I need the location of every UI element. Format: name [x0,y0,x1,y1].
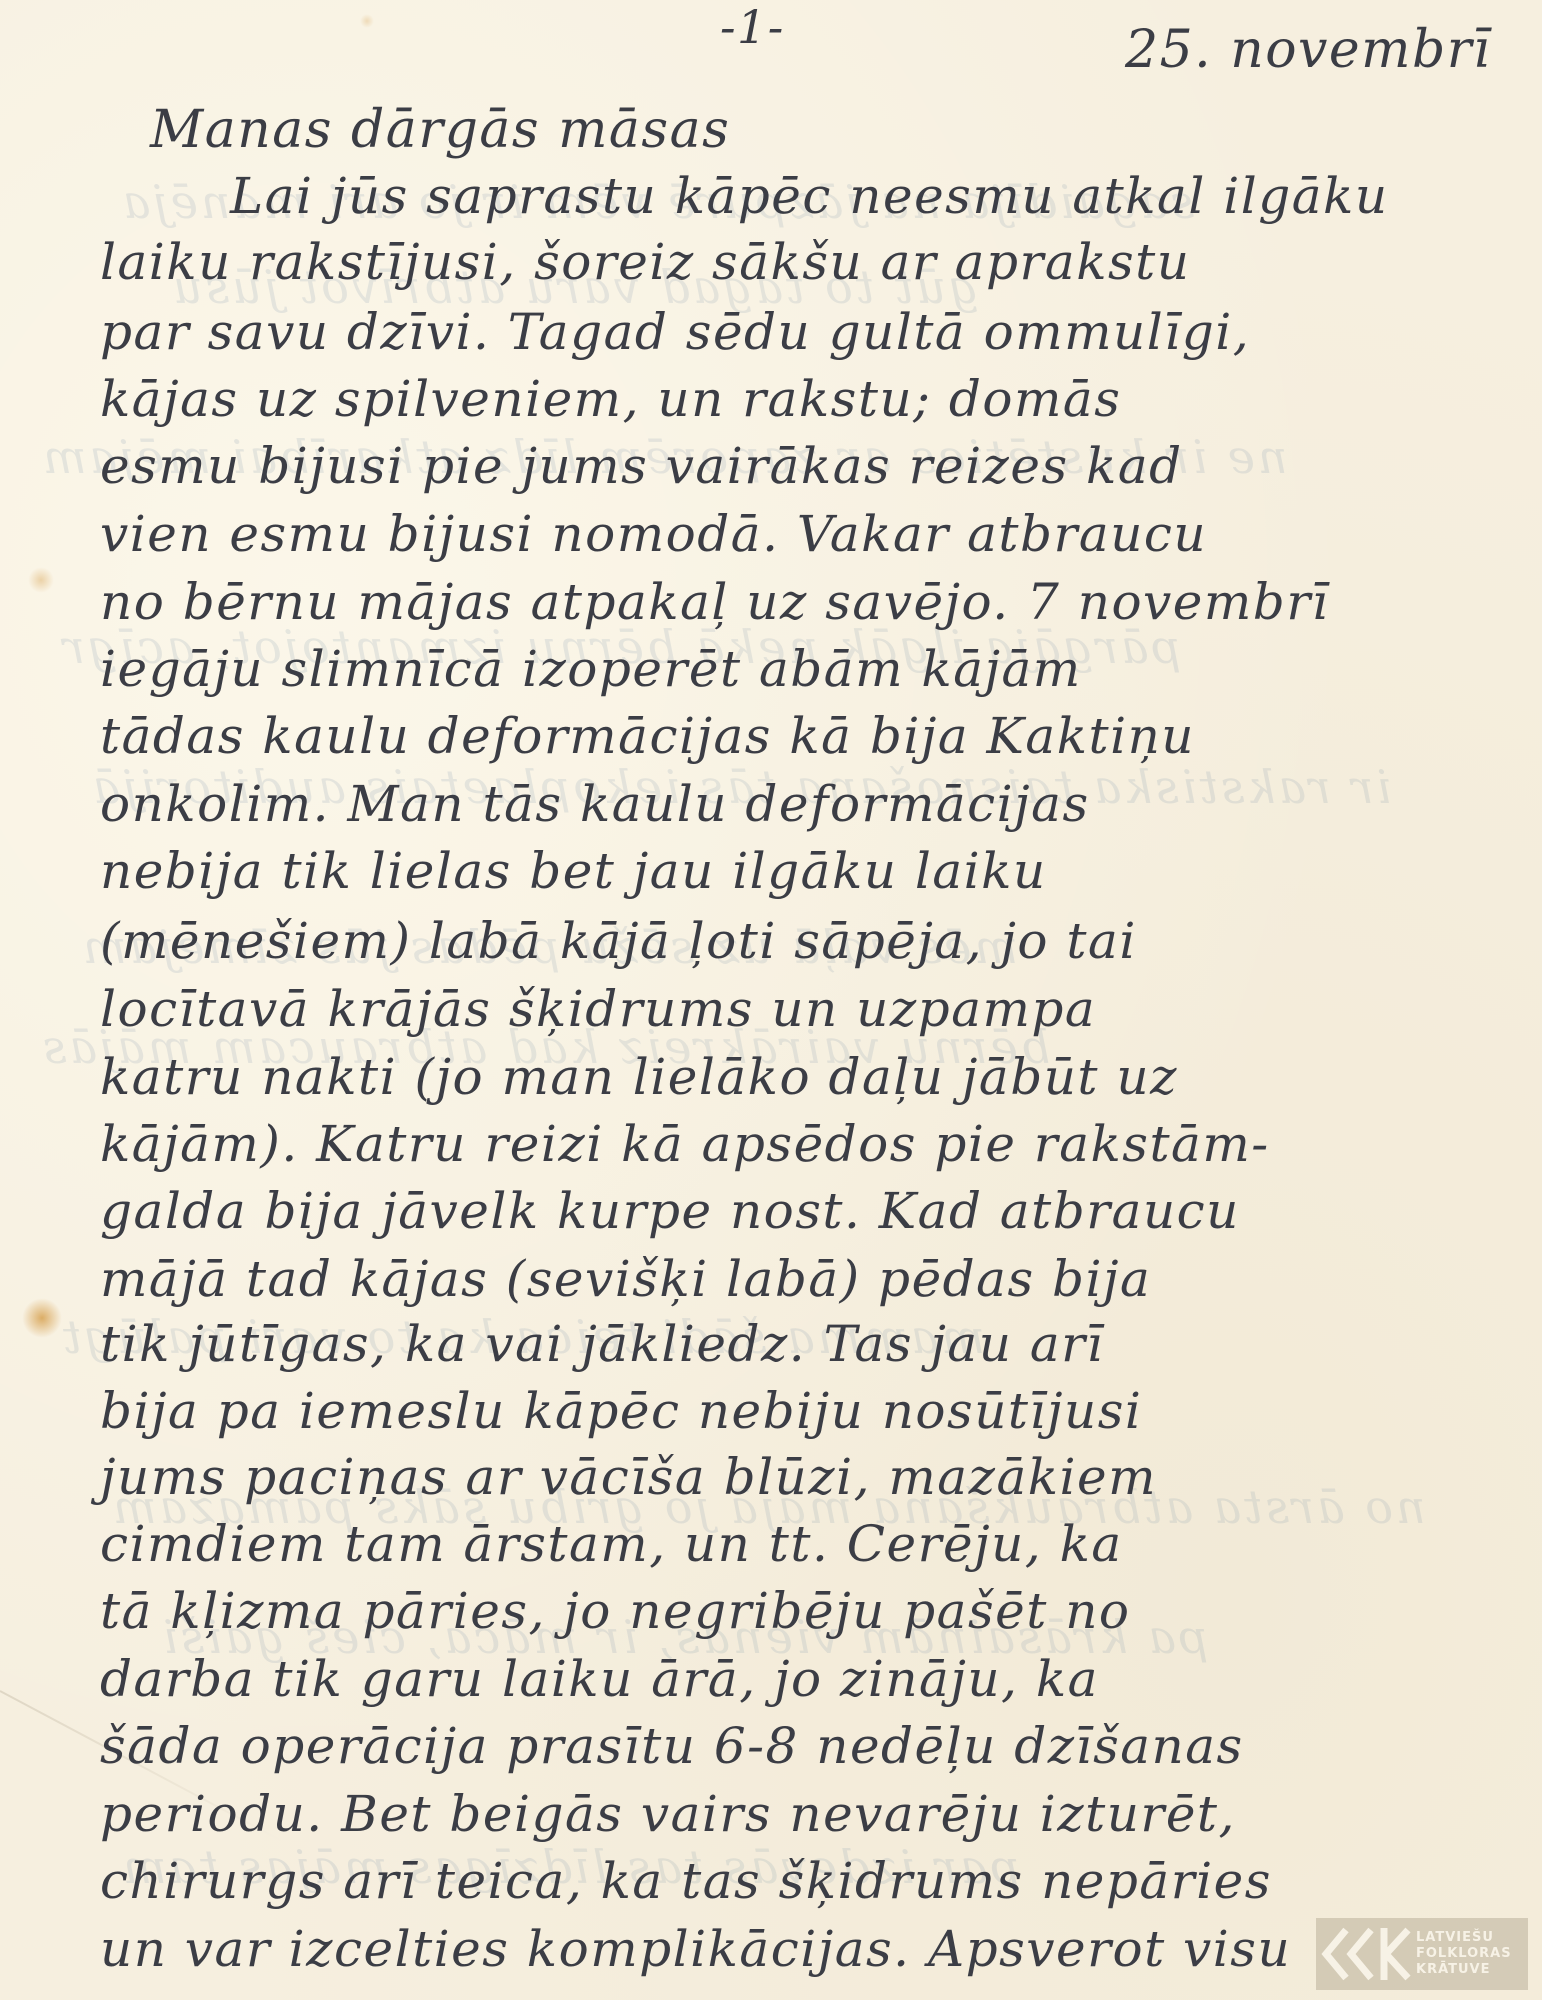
watermark-line: KRĀTUVE [1416,1962,1512,1978]
watermark-text: LATVIEŠU FOLKLORAS KRĀTUVE [1416,1930,1512,1978]
letter-line: Lai jūs saprastu kāpēc neesmu atkal ilgā… [230,167,1389,225]
letter-line: šāda operācija prasītu 6-8 nedēļu dzīšan… [100,1717,1244,1775]
letter-line: vien esmu bijusi nomodā. Vakar atbraucu [100,505,1207,563]
letter-line: bija pa iemeslu kāpēc nebiju nosūtījusi [100,1382,1142,1440]
letter-line: onkolim. Man tās kaulu deformācijas [100,775,1090,833]
letter-line: kājām). Katru reizi kā apsēdos pie rakst… [100,1115,1270,1173]
letter-line: katru nakti (jo man lielāko daļu jābūt u… [100,1048,1178,1106]
letter-line: no bērnu mājas atpakaļ uz savējo. 7 nove… [100,573,1329,631]
letter-line: par savu dzīvi. Tagad sēdu gultā ommulīg… [100,303,1250,361]
letter-line: tādas kaulu deformācijas kā bija Kaktiņu [100,707,1195,765]
page-number: -1- [720,0,785,54]
letter-line: (mēnešiem) labā kājā ļoti sāpēja, jo tai [100,912,1137,970]
letter-line: kājas uz spilveniem, un rakstu; domās [100,370,1121,428]
letter-line: un var izcelties komplikācijas. Apsverot… [100,1920,1291,1978]
letter-line: laiku rakstījusi, šoreiz sākšu ar apraks… [100,233,1190,291]
letter-date: 25. novembrī [1125,20,1491,80]
letter-line: tik jūtīgas, ka vai jākliedz. Tas jau ar… [100,1315,1104,1373]
letter-line: tā kļizma pāries, jo negribēju pašēt no [100,1582,1131,1640]
paper-stain [28,567,54,593]
paper-stain [360,14,374,28]
watermark-line: LATVIEŠU [1416,1930,1512,1946]
letter-line: galda bija jāvelk kurpe nost. Kad atbrau… [100,1182,1240,1240]
letter-line: esmu bijusi pie jums vairākas reizes kad [100,437,1183,495]
letter-line: locītavā krājās šķidrums un uzpampa [100,980,1096,1038]
letter-line: cimdiem tam ārstam, un tt. Cerēju, ka [100,1515,1123,1573]
letter-line: iegāju slimnīcā izoperēt abām kājām [100,640,1082,698]
paper-stain [22,1298,62,1338]
letter-line: chirurgs arī teica, ka tas šķidrums nepā… [100,1852,1272,1910]
lfk-logo-icon [1316,1918,1416,1990]
letter-line: periodu. Bet beigās vairs nevarēju iztur… [100,1785,1236,1843]
archive-watermark: LATVIEŠU FOLKLORAS KRĀTUVE [1316,1918,1528,1990]
letter-line: mājā tad kājas (sevišķi labā) pēdas bija [100,1250,1151,1308]
letter-line: jums paciņas ar vācīša blūzi, mazākiem [100,1448,1157,1506]
letter-line: nebija tik lielas bet jau ilgāku laiku [100,842,1047,900]
watermark-line: FOLKLORAS [1416,1946,1512,1962]
letter-line: darba tik garu laiku ārā, jo zināju, ka [100,1650,1099,1708]
letter-salutation: Manas dārgās māsas [150,100,730,160]
